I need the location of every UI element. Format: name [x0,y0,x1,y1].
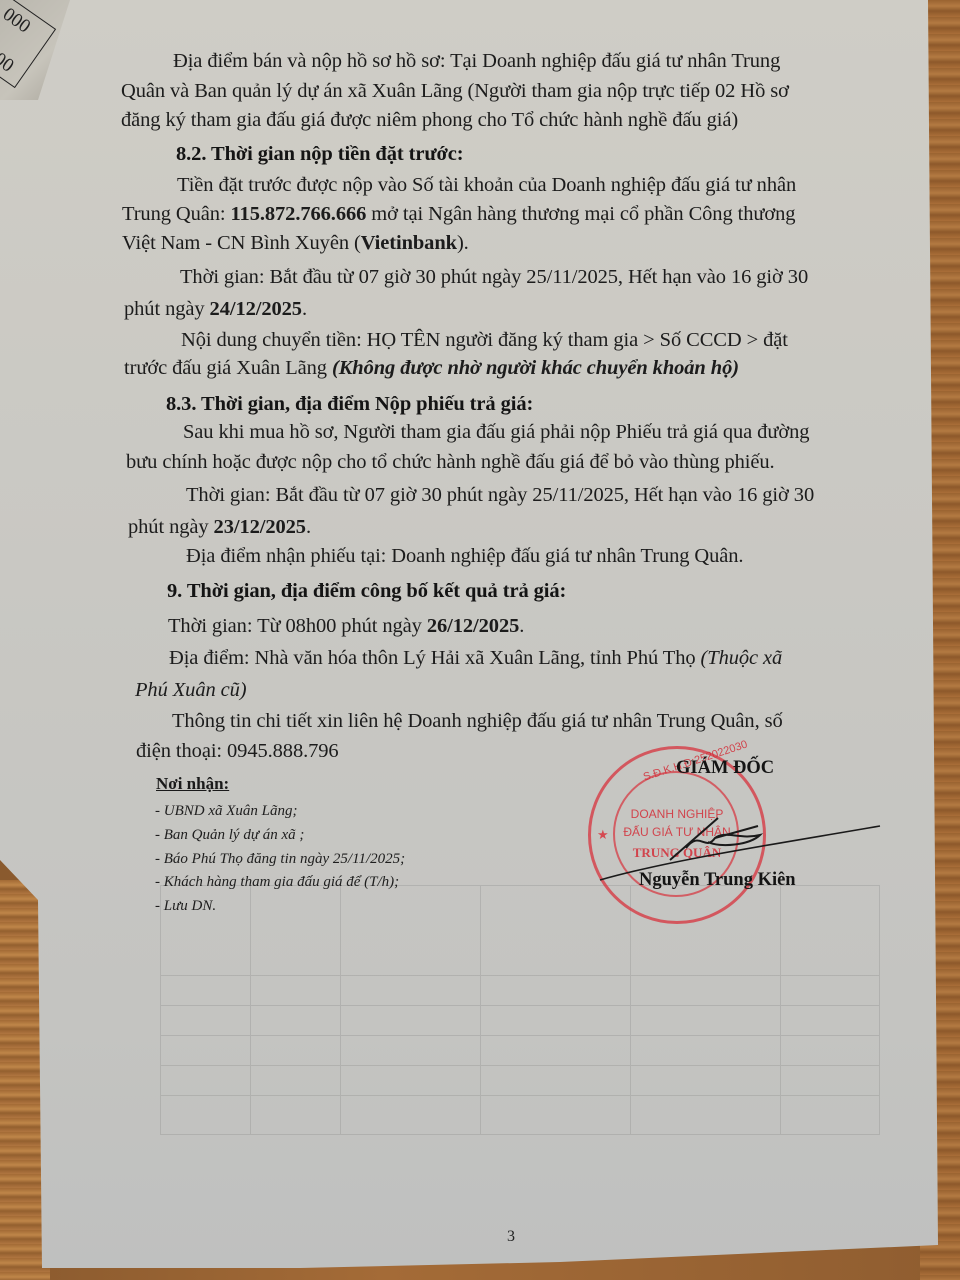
result-location-line-2: Phú Xuân cũ) [135,679,247,702]
deposit-time-line-1: Thời gian: Bắt đầu từ 07 giờ 30 phút ngà… [180,266,808,289]
result-location: Địa điểm: Nhà văn hóa thôn Lý Hải xã Xuâ… [169,647,701,669]
transfer-content-line-1: Nội dung chuyển tiền: HỌ TÊN người đăng … [181,329,788,352]
deposit-line-2: Trung Quân: 115.872.766.666 mở tại Ngân … [122,203,795,226]
section-9-heading: 9. Thời gian, địa điểm công bố kết quả t… [167,580,566,603]
result-time-suffix: . [519,615,524,637]
bid-time-line-2: phút ngày 23/12/2025. [128,516,311,539]
result-location-line-1: Địa điểm: Nhà văn hóa thôn Lý Hải xã Xuâ… [169,647,782,670]
bid-time-line-1: Thời gian: Bắt đầu từ 07 giờ 30 phút ngà… [186,484,814,507]
recipient-item: - Báo Phú Thọ đăng tin ngày 25/11/2025; [155,851,405,868]
bid-body-line-2: bưu chính hoặc được nộp cho tổ chức hành… [126,451,775,474]
bank-name: Vietinbank [361,232,457,254]
bid-time-prefix: phút ngày [128,516,214,538]
document-page: Địa điểm bán và nộp hồ sơ hồ sơ: Tại Doa… [0,0,952,1268]
bid-location: Địa điểm nhận phiếu tại: Doanh nghiệp đấ… [186,545,743,568]
intro-line-1: Địa điểm bán và nộp hồ sơ hồ sơ: Tại Doa… [173,50,780,73]
transfer-note: (Không được nhờ người khác chuyển khoản … [332,357,739,379]
transfer-prefix: trước đấu giá Xuân Lãng [124,357,332,379]
contact-line-2: điện thoại: 0945.888.796 [136,740,339,763]
transfer-content-line-2: trước đấu giá Xuân Lãng (Không được nhờ … [124,357,739,380]
recipients-title: Nơi nhận: [156,774,229,794]
bid-time-suffix: . [306,516,311,538]
signatory-name: Nguyễn Trung Kiên [639,870,796,891]
deposit-time-line-2: phút ngày 24/12/2025. [124,298,307,321]
section-8-3-heading: 8.3. Thời gian, địa điểm Nộp phiếu trả g… [166,393,533,416]
result-date: 26/12/2025 [427,615,519,637]
recipient-item: - UBND xã Xuân Lãng; [155,803,298,820]
contact-line-1: Thông tin chi tiết xin liên hệ Doanh ngh… [172,710,783,733]
result-time: Thời gian: Từ 08h00 phút ngày 26/12/2025… [168,615,524,638]
bank-branch: Việt Nam - CN Bình Xuyên ( [122,232,361,254]
result-location-note: (Thuộc xã [701,647,783,669]
deposit-line-1: Tiền đặt trước được nộp vào Số tài khoản… [177,174,796,197]
bid-body-line-1: Sau khi mua hồ sơ, Người tham gia đấu gi… [183,421,809,444]
recipient-item: - Ban Quản lý dự án xã ; [155,827,304,844]
page-number: 3 [507,1228,515,1246]
deposit-suffix: mở tại Ngân hàng thương mại cổ phần Công… [366,203,795,225]
recipient-item: - Khách hàng tham gia đấu giá để (T/h); [155,874,399,891]
deposit-line-3: Việt Nam - CN Bình Xuyên (Vietinbank). [122,232,469,255]
deposit-time-suffix: . [302,298,307,320]
result-time-prefix: Thời gian: Từ 08h00 phút ngày [168,615,427,637]
deposit-prefix: Trung Quân: [122,203,231,225]
deposit-end-date: 24/12/2025 [210,298,302,320]
deposit-time-prefix: phút ngày [124,298,210,320]
bid-end-date: 23/12/2025 [214,516,306,538]
intro-line-2: Quân và Ban quản lý dự án xã Xuân Lãng (… [121,80,789,103]
bleed-through-table [160,885,880,1135]
signatory-title: GIÁM ĐỐC [676,758,774,779]
account-number: 115.872.766.666 [231,203,367,225]
bank-suffix: ). [457,232,469,254]
intro-line-3: đăng ký tham gia đấu giá được niêm phong… [121,109,738,132]
section-8-2-heading: 8.2. Thời gian nộp tiền đặt trước: [176,143,464,166]
recipient-item: - Lưu DN. [155,898,216,915]
